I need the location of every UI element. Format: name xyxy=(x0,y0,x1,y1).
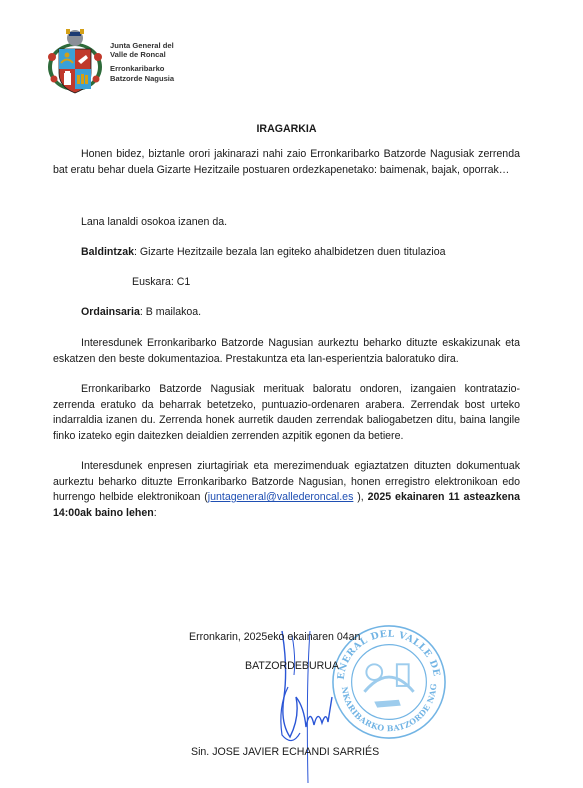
org-name-es-line2: Valle de Roncal xyxy=(110,50,174,60)
salary-text: : B mailakoa. xyxy=(140,306,201,318)
paragraph-merit-evaluation: Erronkaribarko Batzorde Nagusiak meritua… xyxy=(53,382,520,444)
handwritten-signature-icon xyxy=(270,627,340,783)
place-and-date: Erronkarin, 2025eko ekainaren 04an xyxy=(189,631,360,643)
requirements-label: Baldintzak xyxy=(81,246,134,258)
org-name-eu-line1: Erronkaribarko xyxy=(110,64,174,74)
requirements-text: : Gizarte Hezitzaile bezala lan egiteko … xyxy=(134,246,446,258)
signatory-name: Sin. JOSE JAVIER ECHANDI SARRIÉS xyxy=(191,746,379,758)
paragraph-applicants: Interesdunek Erronkaribarko Batzorde Nag… xyxy=(53,336,520,367)
letterhead: Junta General del Valle de Roncal Erronk… xyxy=(46,27,174,97)
paragraph-requirements: Baldintzak: Gizarte Hezitzaile bezala la… xyxy=(53,245,520,261)
organization-name: Junta General del Valle de Roncal Erronk… xyxy=(110,41,174,83)
paragraph-intro: Honen bidez, biztanle orori jakinarazi n… xyxy=(53,147,520,178)
signatory-role: BATZORDEBURUA xyxy=(245,660,339,672)
paragraph-basque-level: Euskara: C1 xyxy=(132,275,432,291)
org-name-eu-line2: Batzorde Nagusia xyxy=(110,74,174,84)
submission-end: : xyxy=(154,507,157,519)
salary-label: Ordainsaria xyxy=(81,306,140,318)
paragraph-submission: Interesdunek enpresen ziurtagiriak eta m… xyxy=(53,459,520,521)
org-name-es-line1: Junta General del xyxy=(110,41,174,51)
document-title: IRAGARKIA xyxy=(53,122,520,138)
coat-of-arms-icon xyxy=(46,27,104,97)
submission-text-2: ), xyxy=(353,491,367,503)
paragraph-salary: Ordainsaria: B mailakoa. xyxy=(53,305,520,321)
paragraph-working-hours: Lana lanaldi osokoa izanen da. xyxy=(53,215,520,231)
email-link[interactable]: juntageneral@vallederoncal.es xyxy=(208,491,354,503)
